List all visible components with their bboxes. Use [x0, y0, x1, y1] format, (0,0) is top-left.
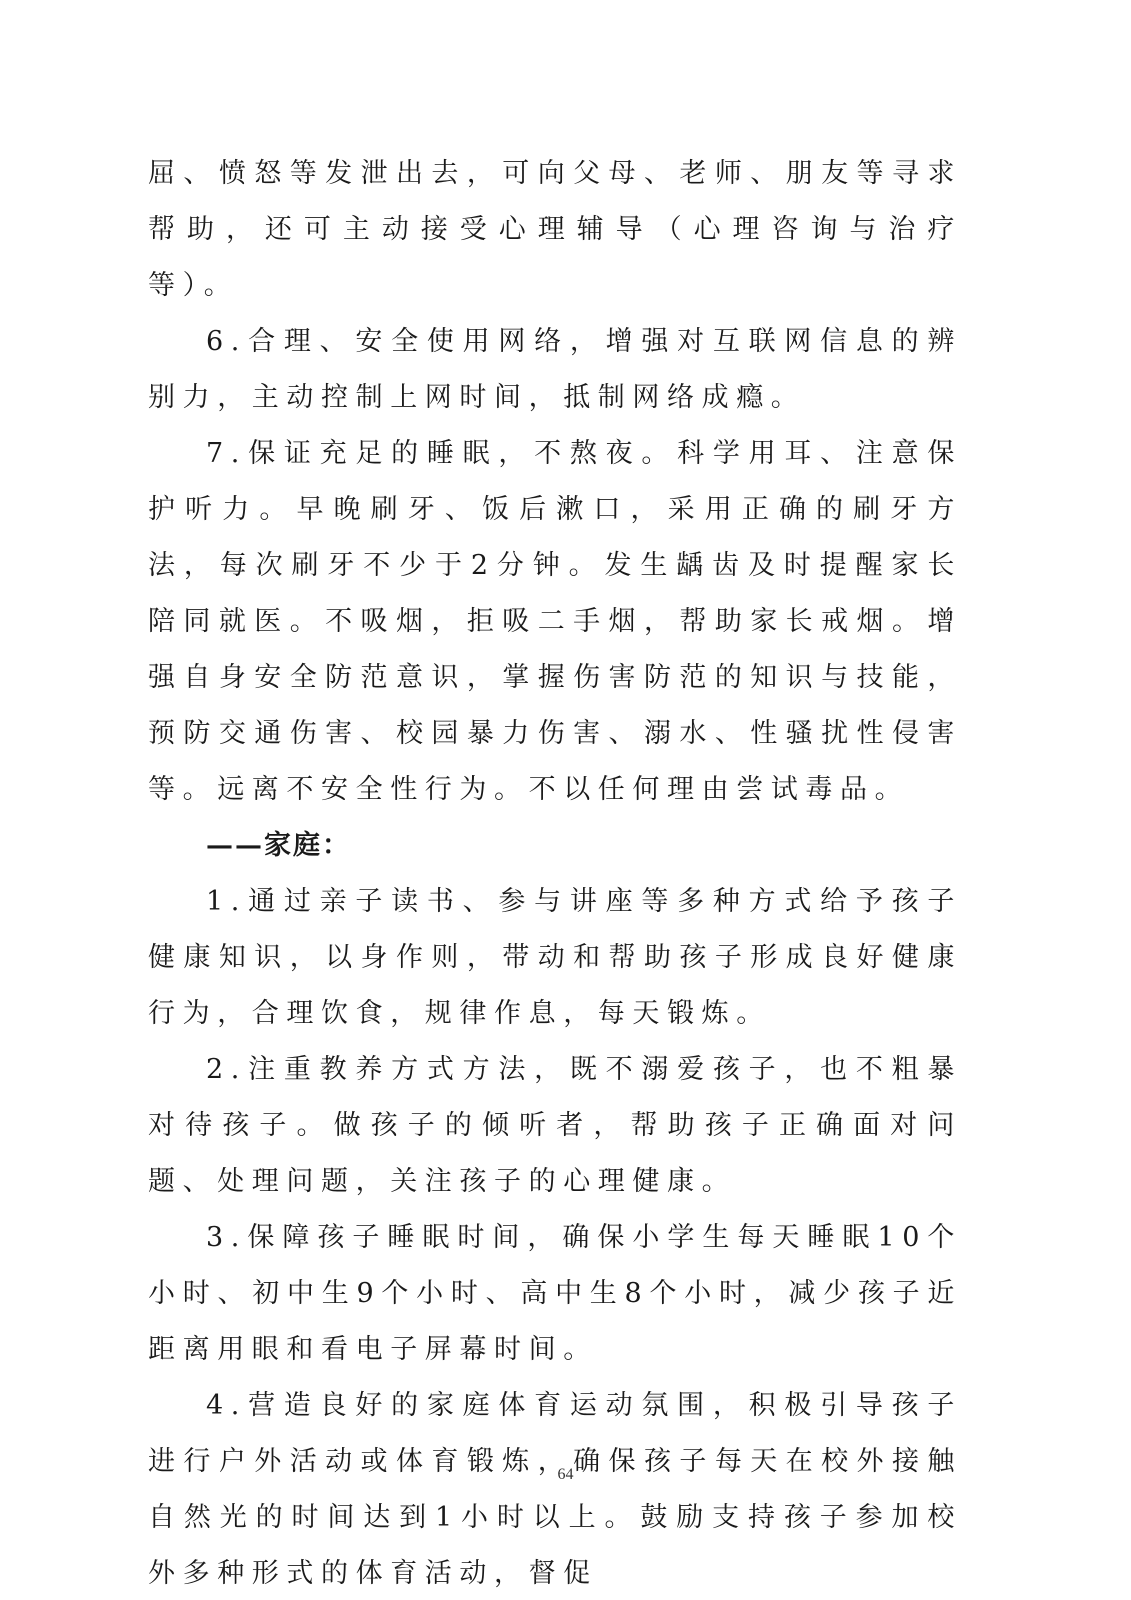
document-page: 屈、愤怒等发泄出去，可向父母、老师、朋友等寻求帮助，还可主动接受心理辅导（心理咨…: [0, 0, 1131, 1600]
body-text: 屈、愤怒等发泄出去，可向父母、老师、朋友等寻求帮助，还可主动接受心理辅导（心理咨…: [148, 146, 962, 1600]
paragraph-item-6: 6.合理、安全使用网络，增强对互联网信息的辨别力，主动控制上网时间，抵制网络成瘾…: [148, 314, 962, 426]
paragraph-family-item-3: 3.保障孩子睡眠时间，确保小学生每天睡眠10个小时、初中生9个小时、高中生8个小…: [148, 1210, 962, 1378]
paragraph-family-item-4: 4.营造良好的家庭体育运动氛围，积极引导孩子进行户外活动或体育锻炼，确保孩子每天…: [148, 1378, 962, 1600]
paragraph-item-7: 7.保证充足的睡眠，不熬夜。科学用耳、注意保护听力。早晚刷牙、饭后漱口，采用正确…: [148, 426, 962, 818]
section-heading-family: ——家庭：: [148, 818, 962, 874]
paragraph-family-item-2: 2.注重教养方式方法，既不溺爱孩子，也不粗暴对待孩子。做孩子的倾听者，帮助孩子正…: [148, 1042, 962, 1210]
paragraph-family-item-1: 1.通过亲子读书、参与讲座等多种方式给予孩子健康知识，以身作则，带动和帮助孩子形…: [148, 874, 962, 1042]
paragraph-continuation: 屈、愤怒等发泄出去，可向父母、老师、朋友等寻求帮助，还可主动接受心理辅导（心理咨…: [148, 146, 962, 314]
page-number: 64: [0, 1466, 1131, 1484]
